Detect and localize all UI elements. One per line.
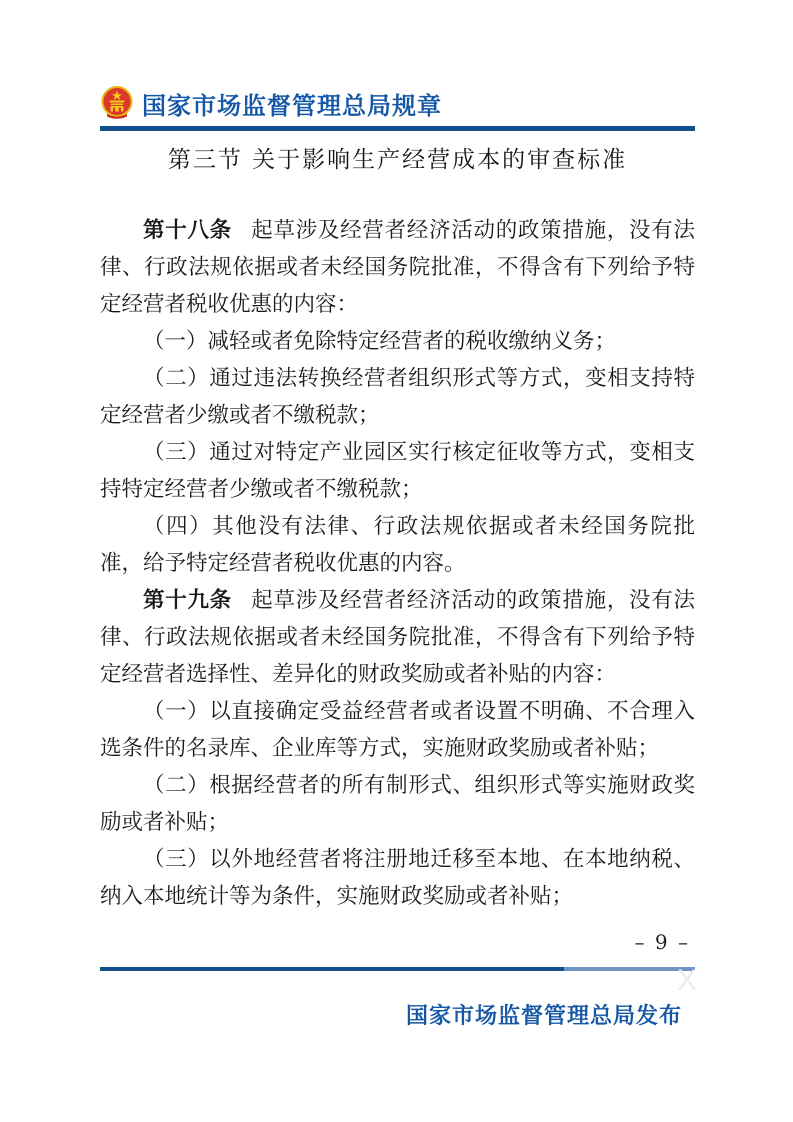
document-page: 国家市场监督管理总局规章 第三节 关于影响生产经营成本的审查标准 第十八条起草涉… [0,0,793,1122]
article-number: 第十九条 [143,588,232,613]
footer-divider [100,967,695,971]
page-number: – 9 – [100,929,695,955]
item-paragraph: （三）通过对特定产业园区实行核定征收等方式，变相支持特定经营者少缴或者不缴税款； [100,434,695,508]
paragraph-text: （二）根据经营者的所有制形式、组织形式等实施财政奖励或者补贴； [100,773,695,835]
document-body: 第十八条起草涉及经营者经济活动的政策措施，没有法律、行政法规依据或者未经国务院批… [100,212,695,915]
section-title: 第三节 关于影响生产经营成本的审查标准 [100,144,695,176]
document-header-title: 国家市场监督管理总局规章 [142,86,442,121]
paragraph-text: （三）以外地经营者将注册地迁移至本地、在本地纳税、纳入本地统计等为条件，实施财政… [100,847,695,909]
national-emblem-icon [100,85,134,121]
paragraph-text: （四）其他没有法律、行政法规依据或者未经国务院批准，给予特定经营者税收优惠的内容… [100,514,695,576]
header-divider [100,126,695,131]
article-number: 第十八条 [143,218,232,243]
paragraph-text: （三）通过对特定产业园区实行核定征收等方式，变相支持特定经营者少缴或者不缴税款； [100,440,695,502]
paragraph-text: （一）减轻或者免除特定经营者的税收缴纳义务； [143,329,616,354]
item-paragraph: （三）以外地经营者将注册地迁移至本地、在本地纳税、纳入本地统计等为条件，实施财政… [100,841,695,915]
item-paragraph: （二）通过违法转换经营者组织形式等方式，变相支持特定经营者少缴或者不缴税款； [100,360,695,434]
paragraph-text: （一）以直接确定受益经营者或者设置不明确、不合理入选条件的名录库、企业库等方式，… [100,699,695,761]
page-header: 国家市场监督管理总局规章 [100,85,695,131]
header-row: 国家市场监督管理总局规章 [100,85,695,121]
item-paragraph: （二）根据经营者的所有制形式、组织形式等实施财政奖励或者补贴； [100,767,695,841]
item-paragraph: （四）其他没有法律、行政法规依据或者未经国务院批准，给予特定经营者税收优惠的内容… [100,508,695,582]
watermark-artifact: X [677,966,697,996]
publisher-line: 国家市场监督管理总局发布 [100,1001,695,1031]
article-paragraph: 第十八条起草涉及经营者经济活动的政策措施，没有法律、行政法规依据或者未经国务院批… [100,212,695,323]
item-paragraph: （一）减轻或者免除特定经营者的税收缴纳义务； [100,323,695,360]
item-paragraph: （一）以直接确定受益经营者或者设置不明确、不合理入选条件的名录库、企业库等方式，… [100,693,695,767]
article-paragraph: 第十九条起草涉及经营者经济活动的政策措施，没有法律、行政法规依据或者未经国务院批… [100,582,695,693]
paragraph-text: （二）通过违法转换经营者组织形式等方式，变相支持特定经营者少缴或者不缴税款； [100,366,695,428]
